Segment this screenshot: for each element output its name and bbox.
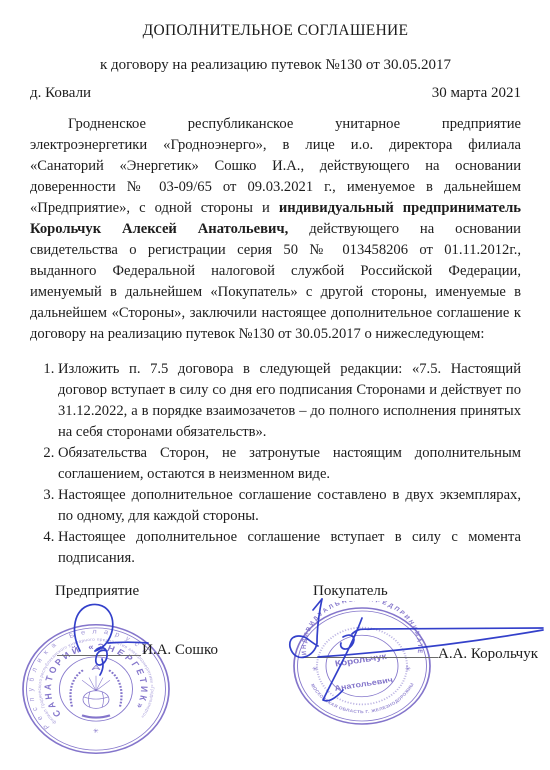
right-handwritten-signature — [285, 582, 550, 714]
scanned-document-page: ДОПОЛНИТЕЛЬНОЕ СОГЛАШЕНИЕ к договору на … — [0, 0, 550, 770]
document-title: ДОПОЛНИТЕЛЬНОЕ СОГЛАШЕНИЕ — [30, 22, 521, 40]
document-body: ДОПОЛНИТЕЛЬНОЕ СОГЛАШЕНИЕ к договору на … — [0, 0, 550, 569]
preamble-part2: действующего на основании свидетельства … — [30, 221, 521, 342]
stamp-star-separator: ✳ — [93, 727, 99, 734]
clause-item: Настоящее дополнительное соглашение всту… — [58, 527, 521, 569]
clause-item: Обязательства Сторон, не затронутые наст… — [58, 443, 521, 485]
clause-item: Настоящее дополнительное соглашение сост… — [58, 485, 521, 527]
clause-item: Изложить п. 7.5 договора в следующей ред… — [58, 359, 521, 443]
date-label: 30 марта 2021 — [432, 85, 521, 102]
signature-section: Предприятие Покупатель Республика Белару… — [0, 578, 550, 770]
preamble-paragraph: Гродненское республиканское унитарное пр… — [30, 114, 521, 345]
place-date-row: д. Ковали 30 марта 2021 — [30, 85, 521, 102]
place-label: д. Ковали — [30, 85, 91, 102]
document-subtitle: к договору на реализацию путевок №130 от… — [30, 57, 521, 74]
clauses-list: Изложить п. 7.5 договора в следующей ред… — [30, 359, 521, 569]
left-handwritten-signature — [50, 593, 160, 683]
